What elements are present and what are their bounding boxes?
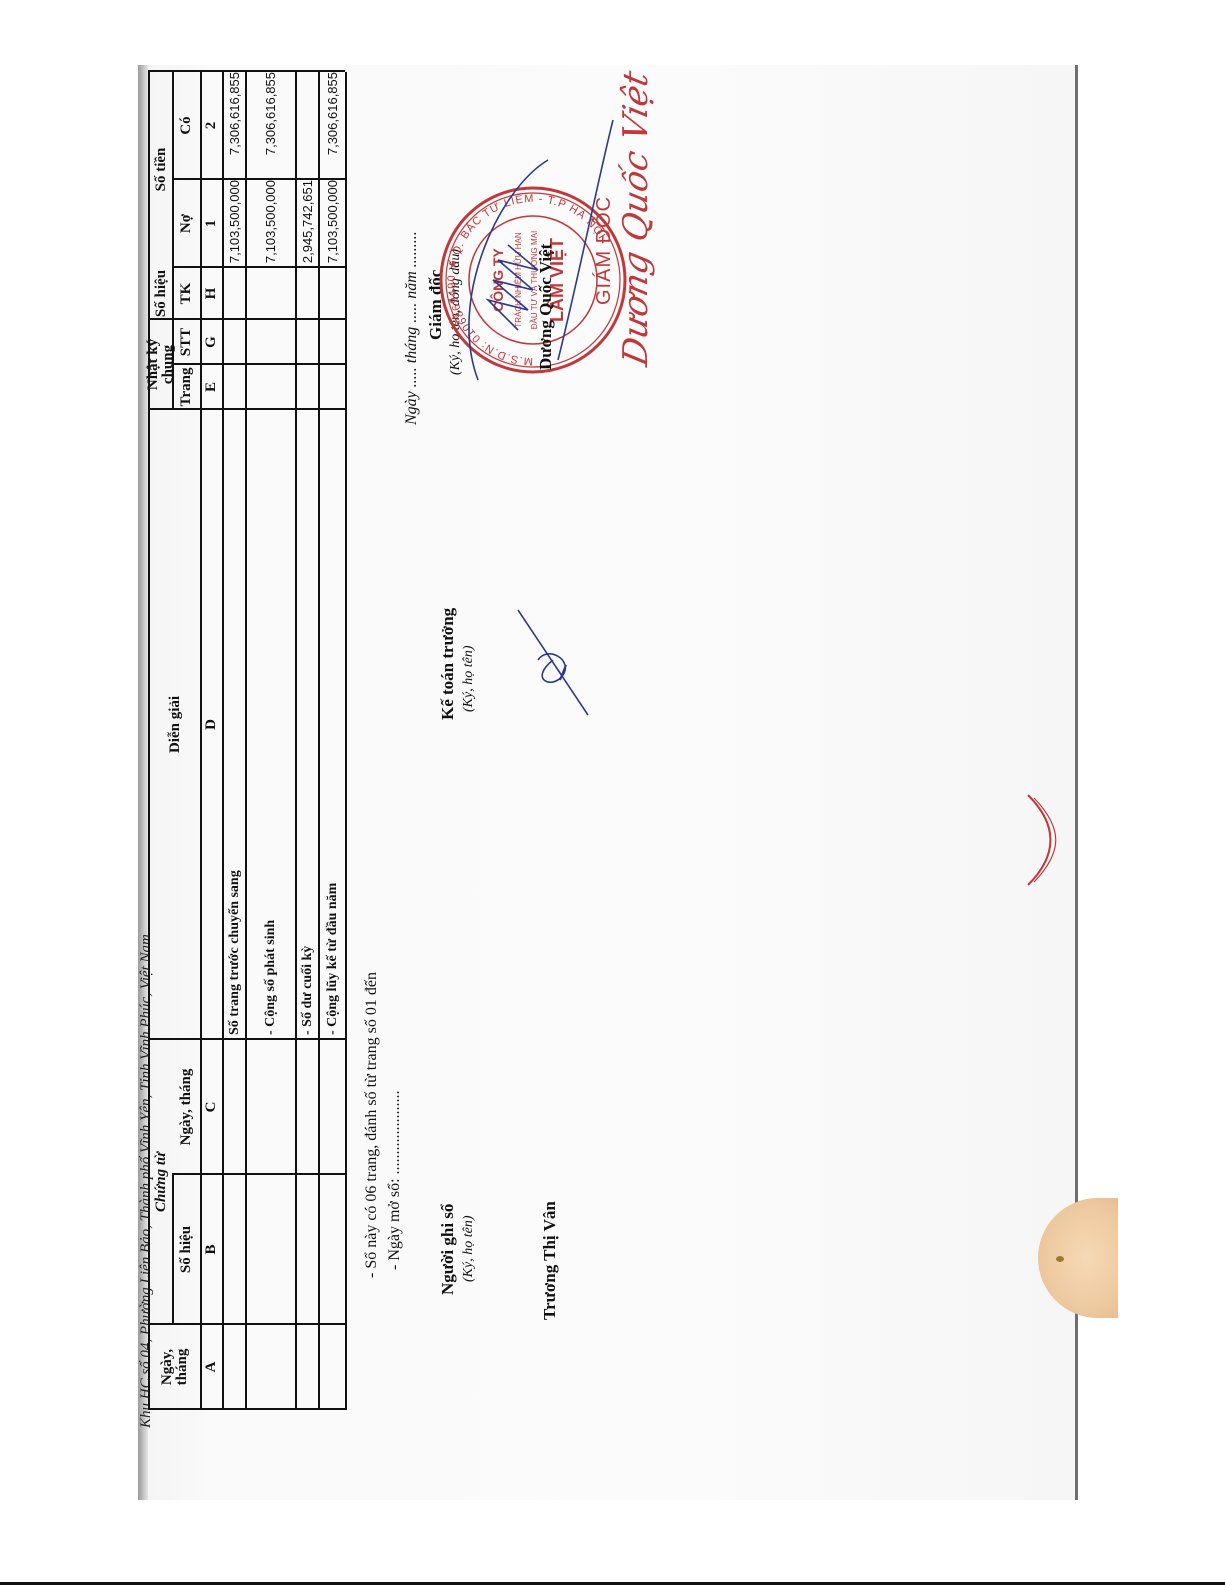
code-b: B <box>201 1175 222 1324</box>
header-so-hieu-tk-group: Số hiệu <box>150 268 172 319</box>
row-credit <box>296 70 318 179</box>
header-stt: STT <box>173 320 200 364</box>
header-so-tien: Số tiền <box>150 72 172 267</box>
header-tk: TK <box>173 268 200 319</box>
row-credit: 7,306,616,855 <box>223 70 245 179</box>
note-open-date: - Ngày mở sổ: ..................... <box>386 1090 404 1270</box>
chief-accountant-signature <box>498 580 598 720</box>
ledger-page: Khu HC số 04, Phường Liên Bảo, Thành phố… <box>138 65 1075 1500</box>
header-co: Có <box>173 72 200 179</box>
row-debit: 7,103,500,000 <box>319 178 345 267</box>
row-description: - Số dư cuối kỳ <box>296 406 318 1039</box>
row-credit: 7,306,616,855 <box>246 70 295 179</box>
header-chung-tu: Chứng từ <box>150 1040 172 1324</box>
director-signature <box>438 120 638 420</box>
code-e: E <box>201 365 222 409</box>
header-ngay-thang-ct: Ngày, tháng <box>173 1040 200 1174</box>
recorder-subtitle: (Ký, họ tên) <box>461 1216 477 1282</box>
col-line <box>148 1408 345 1410</box>
note-page-count: - Sổ này có 06 trang, đánh số từ trang s… <box>363 972 381 1278</box>
header-ngay-thang: Ngày, tháng <box>150 1326 200 1408</box>
recorder-name: Trương Thị Vân <box>540 1201 560 1320</box>
chief-accountant-subtitle: (Ký, họ tên) <box>461 646 477 712</box>
code-g: G <box>201 320 222 364</box>
header-dien-giai: Diễn giải <box>150 410 200 1039</box>
header-nhat-ky-chung: Nhật ký chung <box>150 320 172 409</box>
code-h: H <box>201 268 222 319</box>
header-so-hieu: Số hiệu <box>173 1175 200 1324</box>
row-debit: 2,945,742,651 <box>296 178 318 267</box>
partial-stamp-mark <box>1018 790 1078 890</box>
code-1: 1 <box>201 180 222 267</box>
row-description: - Cộng lũy kế từ đầu năm <box>319 406 345 1039</box>
row-debit: 7,103,500,000 <box>246 178 295 267</box>
row-description: - Cộng số phát sinh <box>246 406 295 1039</box>
row-description: Số trang trước chuyển sang <box>223 406 245 1039</box>
chief-accountant-title: Kế toán trưởng <box>438 608 458 720</box>
recorder-title: Người ghi sổ <box>438 1204 458 1295</box>
code-c: C <box>201 1040 222 1174</box>
row-debit: 7,103,500,000 <box>223 178 245 267</box>
header-trang: Trang <box>173 365 200 409</box>
table-border-bottom <box>345 72 347 1410</box>
code-d: D <box>201 410 222 1039</box>
code-a: A <box>201 1326 222 1408</box>
row-credit: 7,306,616,855 <box>319 70 345 179</box>
sign-date-line: Ngày ..... tháng ..... năm ......... <box>403 231 421 425</box>
code-2: 2 <box>201 72 222 179</box>
header-no: Nợ <box>173 180 200 267</box>
